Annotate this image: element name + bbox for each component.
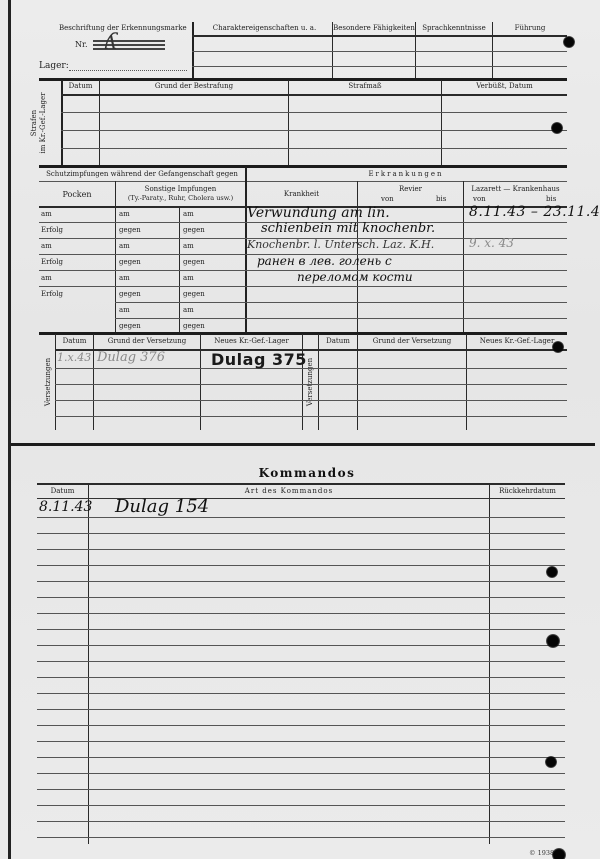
divider (99, 80, 100, 166)
pocken-cell: am (41, 242, 52, 251)
rule (245, 302, 567, 303)
pocken-cell: Erfolg (41, 290, 63, 299)
vers-col-datum: Datum (56, 337, 93, 346)
rule (37, 677, 565, 678)
rule (37, 805, 565, 806)
sonstige-a-cell: gegen (119, 258, 141, 267)
kommandos-title: Kommandos (11, 466, 600, 480)
krankheit-entry: Verwundung am lin. (247, 205, 390, 221)
strafen-col-strafmass: Strafmaß (289, 82, 441, 91)
nr-label: Nr. (75, 40, 88, 49)
rule (37, 581, 565, 582)
punch-hole (551, 122, 563, 134)
section-rule (39, 332, 567, 335)
krankheit-entry: Knochenbr. l. Untersch. Laz. K.H. (247, 238, 434, 251)
sonstige-a-cell: gegen (119, 290, 141, 299)
krankheit-entry: переломом кости (297, 270, 413, 284)
nr-line (93, 48, 165, 50)
sonstige-b-cell: am (183, 210, 194, 219)
vers-col-lager: Neues Kr.-Gef.-Lager (201, 337, 302, 346)
rule (37, 757, 565, 758)
vers-col-datum-2: Datum (319, 337, 357, 346)
rule (55, 368, 567, 369)
sonstige-b-cell: am (183, 242, 194, 251)
vers-entry-datum: 1.x.43 (57, 351, 91, 364)
rule (245, 286, 567, 287)
kommandos-entry-datum: 8.11.43 (39, 499, 92, 515)
versetzungen-side-label-left: Versetzungen (44, 347, 52, 417)
strafen-col-datum: Datum (62, 82, 99, 91)
divider (192, 22, 194, 78)
kommandos-col-rueckkehr: Rückkehrdatum (490, 487, 565, 496)
rule (37, 661, 565, 662)
col-faehigkeiten: Besondere Fähigkeiten (333, 24, 415, 33)
rule (115, 318, 245, 319)
sonstige-label: Sonstige Impfungen (116, 185, 245, 194)
divider (88, 484, 89, 844)
sonstige-b-cell: gegen (183, 226, 205, 235)
rule (37, 725, 565, 726)
sonstige-a-cell: am (119, 306, 130, 315)
erkrankungen-title: Erkrankungen (245, 170, 567, 179)
rule (37, 789, 565, 790)
rule (61, 112, 567, 113)
lager-field (69, 70, 187, 71)
rule (37, 629, 565, 630)
divider (115, 181, 116, 333)
rule (61, 148, 567, 149)
divider (489, 484, 490, 844)
rule (37, 821, 565, 822)
punch-hole (563, 36, 575, 48)
pocken-cell: Erfolg (41, 226, 63, 235)
rule (37, 549, 565, 550)
rule (37, 565, 565, 566)
vers-col-grund-2: Grund der Versetzung (358, 337, 466, 346)
page-divider (11, 443, 595, 446)
nr-line (93, 40, 165, 42)
section-rule (39, 165, 567, 168)
nr-mark: ʎ (105, 30, 117, 55)
vers-entry-grund: Dulag 376 (97, 350, 165, 365)
divider (463, 181, 464, 333)
rule (55, 384, 567, 385)
krankheit-label: Krankheit (246, 190, 357, 199)
pocken-cell: Erfolg (41, 258, 63, 267)
krankheit-entry: ранен в лев. голень с (257, 254, 392, 268)
strafen-side-label: Strafen im Kr.-Gef.-Lager (30, 83, 48, 163)
rule (61, 130, 567, 131)
lazarett-von: von (473, 195, 486, 204)
lazarett-entry: 9. x. 43 (469, 236, 514, 250)
divider (288, 80, 289, 166)
rule (39, 181, 567, 182)
col-charakter: Charaktereigenschaften u. a. (197, 24, 332, 33)
kommandos-col-datum: Datum (37, 487, 88, 496)
sonstige-a-cell: gegen (119, 226, 141, 235)
sonstige-a-cell: am (119, 242, 130, 251)
vers-col-grund: Grund der Versetzung (94, 337, 200, 346)
revier-label: Revier (358, 185, 463, 194)
lager-label: Lager: (39, 62, 69, 71)
sonstige-b-cell: am (183, 306, 194, 315)
lazarett-bis: bis (546, 195, 556, 204)
rule (39, 270, 245, 271)
rule (37, 533, 565, 534)
rule (192, 66, 567, 67)
divider (61, 80, 63, 166)
rule (37, 693, 565, 694)
punch-hole (545, 756, 557, 768)
rule (37, 597, 565, 598)
strafen-col-verbuesst: Verbüßt, Datum (442, 82, 567, 91)
revier-von: von (381, 195, 394, 204)
rule (37, 613, 565, 614)
strafen-label-2: im Kr.-Gef.-Lager (39, 93, 47, 154)
rule (55, 416, 567, 417)
impfungen-title: Schutzimpfungen während der Gefangenscha… (39, 170, 245, 179)
divider (441, 80, 442, 166)
punch-hole (552, 848, 566, 859)
rule (39, 238, 245, 239)
lazarett-entry: 8.11.43 – 23.11.43 (469, 204, 600, 220)
section-rule (37, 483, 565, 485)
rule (37, 773, 565, 774)
rule (37, 837, 565, 838)
kommandos-entry-art: Dulag 154 (115, 496, 209, 517)
rule (39, 254, 245, 255)
rule (61, 94, 567, 96)
strafen-col-grund: Grund der Bestrafung (100, 82, 288, 91)
pocken-label: Pocken (39, 190, 115, 199)
section-rule (39, 78, 567, 81)
kommandos-col-art: Art des Kommandos (89, 487, 489, 496)
sonstige-a-cell: gegen (119, 322, 141, 331)
pocken-cell: am (41, 210, 52, 219)
rule (55, 400, 567, 401)
col-fuehrung: Führung (493, 24, 567, 33)
sonstige-b-cell: am (183, 274, 194, 283)
pocken-cell: am (41, 274, 52, 283)
rule (192, 35, 567, 37)
sonstige-b-cell: gegen (183, 290, 205, 299)
vers-entry-lager-stamp: Dulag 375 (211, 350, 307, 369)
versetzungen-side-label-right: Versetzungen (306, 347, 314, 417)
rule (192, 51, 567, 52)
sonstige-a-cell: am (119, 210, 130, 219)
rule (39, 222, 245, 223)
punch-hole (546, 634, 560, 648)
rule (37, 517, 565, 518)
sonstige-b-cell: gegen (183, 258, 205, 267)
rule (245, 318, 567, 319)
nr-line (93, 44, 165, 46)
sonstige-a-cell: am (119, 274, 130, 283)
rule (37, 741, 565, 742)
sonstige-sub: (Ty.-Paraty., Ruhr, Cholera usw.) (116, 194, 245, 203)
punch-hole (546, 566, 558, 578)
strafen-label-1: Strafen (30, 110, 38, 136)
lazarett-label: Lazarett — Krankenhaus (464, 185, 567, 194)
rule (39, 286, 245, 287)
rule (115, 302, 245, 303)
print-mark: © 1938 (529, 849, 554, 858)
rule (37, 645, 565, 646)
pow-record-card: Beschriftung der Erkennungsmarke Nr. ʎ L… (8, 0, 600, 859)
krankheit-entry: schienbein mit knochenbr. (261, 221, 435, 236)
erkennungsmarke-label: Beschriftung der Erkennungsmarke (59, 24, 187, 33)
punch-hole (552, 341, 564, 353)
revier-bis: bis (436, 195, 446, 204)
rule (37, 709, 565, 710)
col-sprachkenntnisse: Sprachkenntnisse (416, 24, 492, 33)
sonstige-b-cell: gegen (183, 322, 205, 331)
